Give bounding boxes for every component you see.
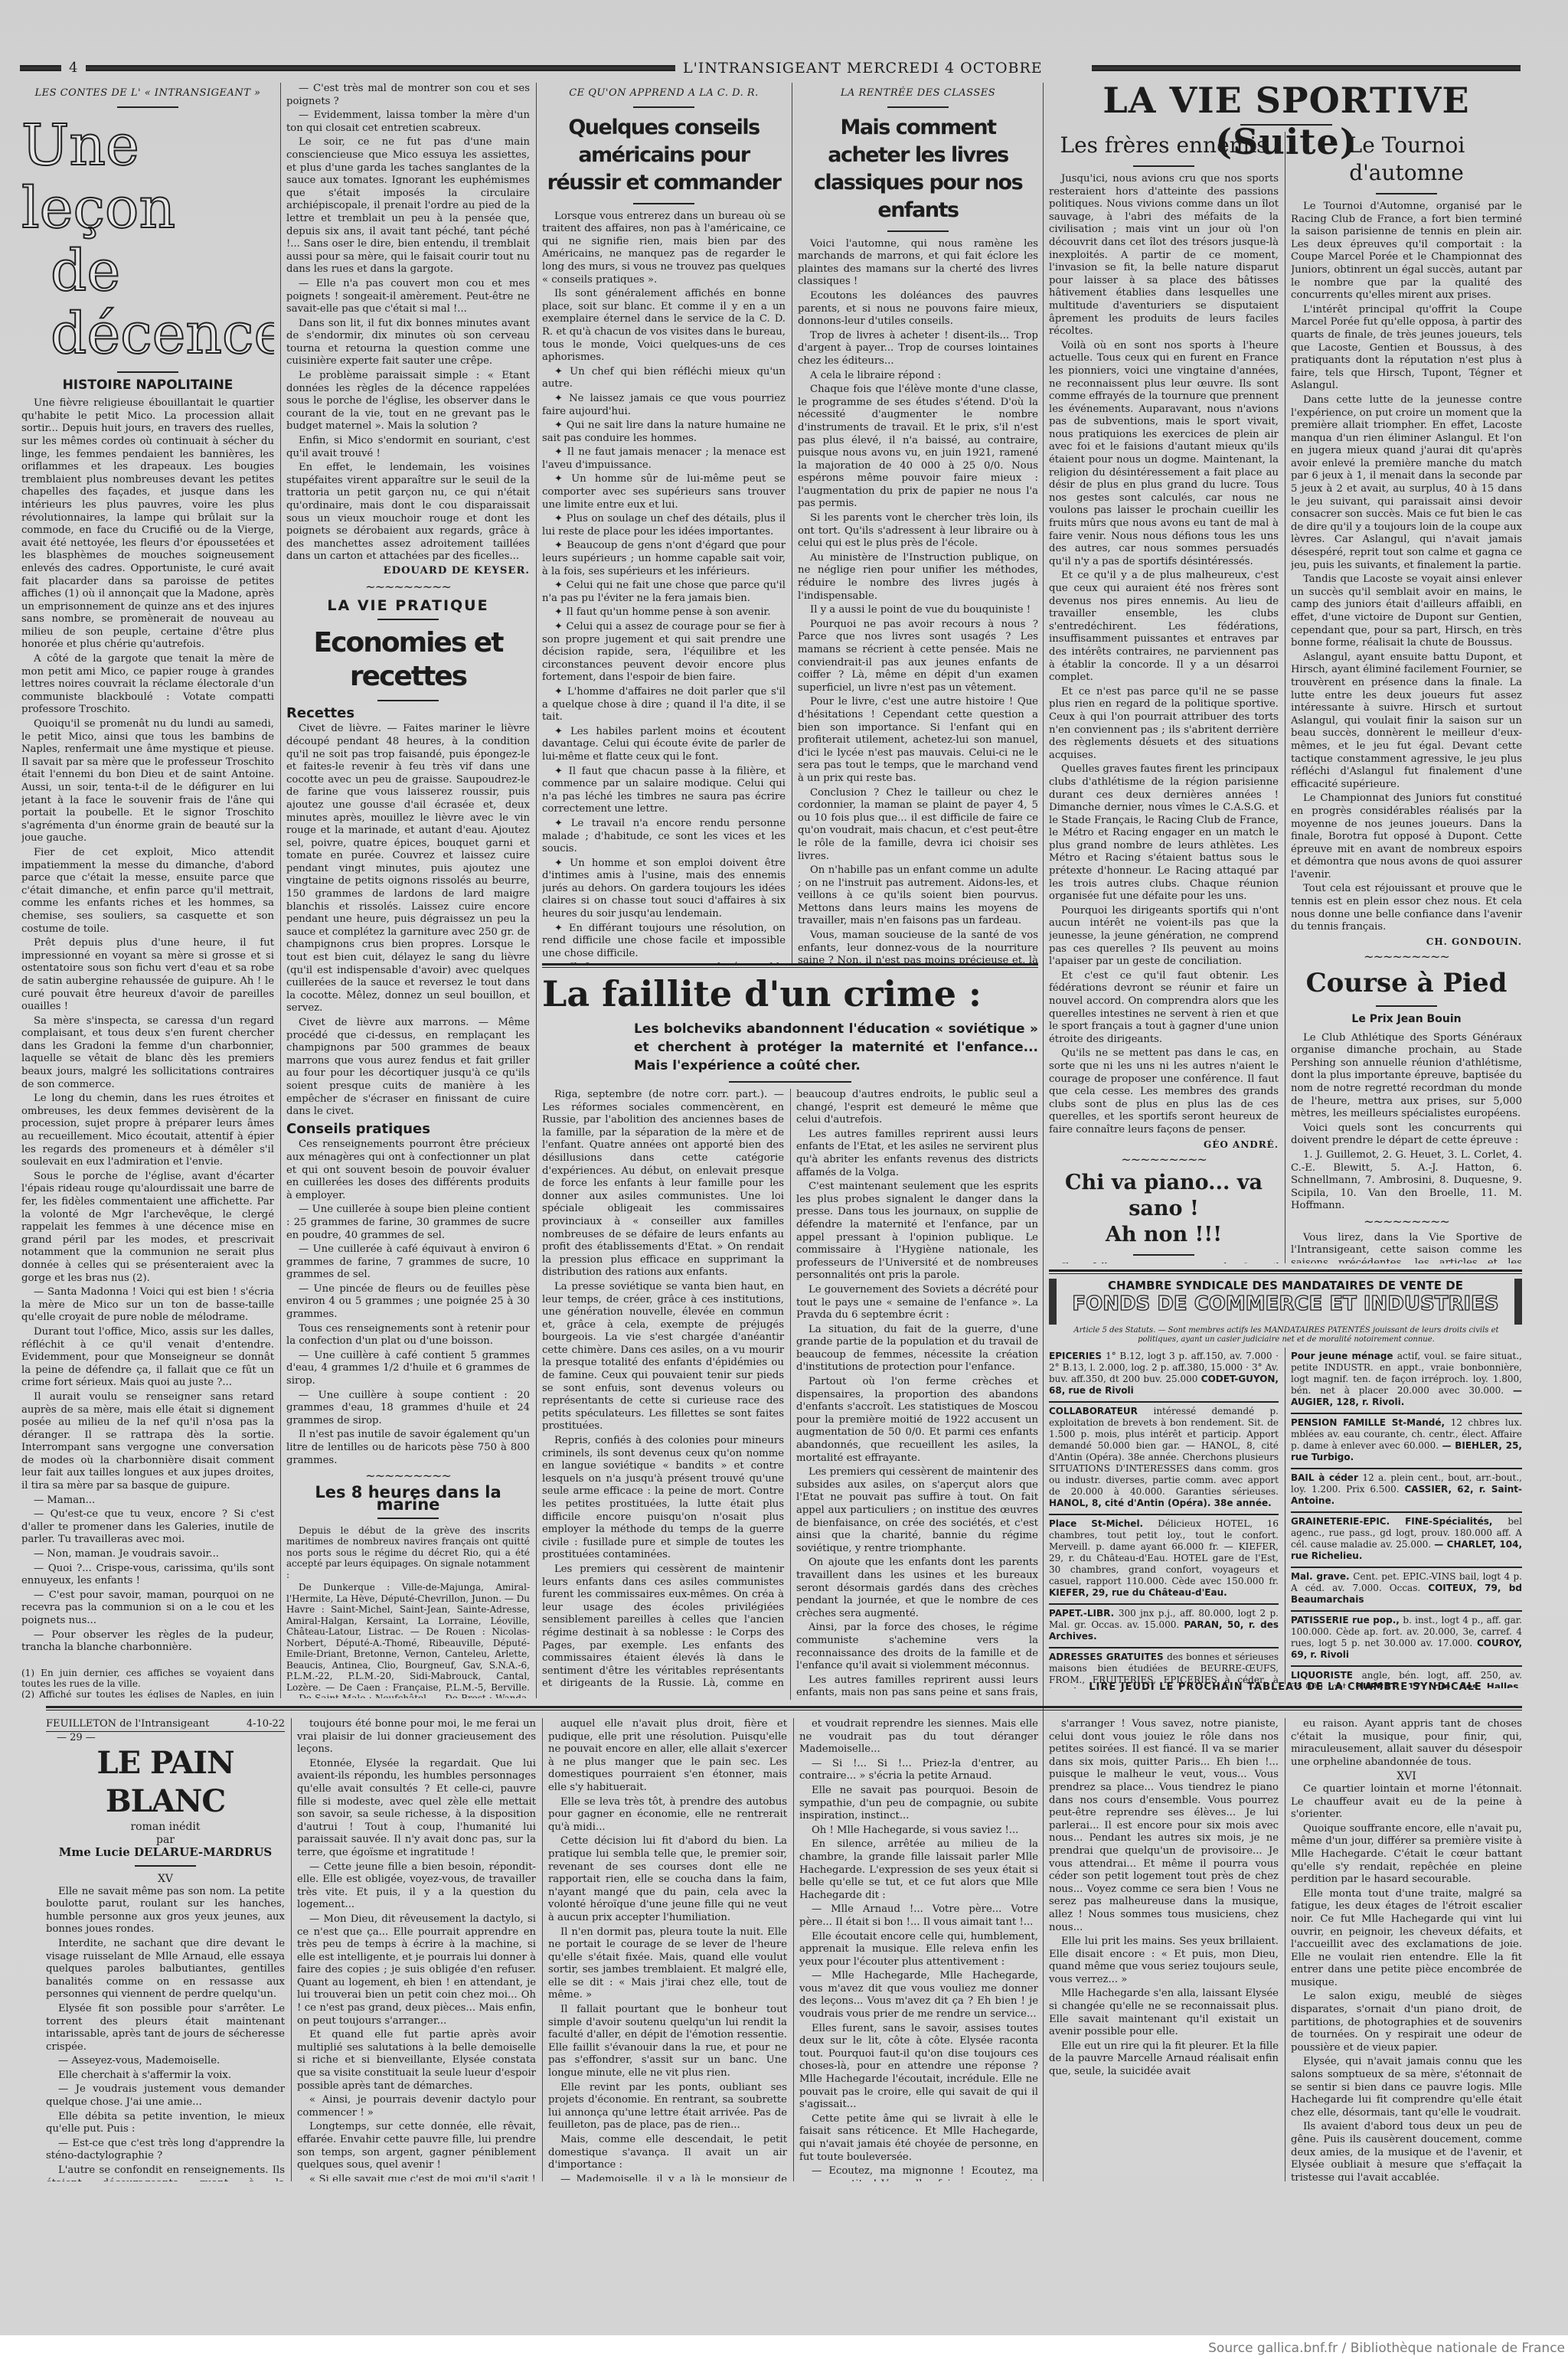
wave-divider: ~~~~~~~~~ (1049, 1154, 1279, 1167)
conseils-americains-title: Quelques conseils américains pour réussi… (542, 114, 786, 197)
vie-pratique-kicker: LA VIE PRATIQUE (286, 600, 530, 613)
feuilleton-paragraph: En silence, arrêtée au milieu de la cham… (799, 1838, 1038, 1902)
conseil: — Une cuillère à café contient 5 grammes… (286, 1350, 530, 1388)
livres-kicker: LA RENTRÉE DES CLASSES (798, 87, 1038, 100)
livres-paragraph: Chaque fois que l'élève monte d'une clas… (798, 384, 1038, 511)
feuilleton-column-1: FEUILLETON de l'Intransigeant 4-10-22 — … (46, 1718, 285, 2181)
conte-body: Une fièvre religieuse ébouillantait le q… (21, 397, 274, 1655)
ad-lead: LIQUORISTE (1291, 1670, 1362, 1681)
feuilleton-paragraph: — Cette jeune fille a bien besoin, répon… (297, 1861, 536, 1912)
feuilleton-paragraph: Elle débita sa petite invention, le mieu… (46, 2111, 285, 2136)
conte-paragraph: — Qu'est-ce que tu veux, encore ? Si c'e… (21, 1508, 274, 1547)
conte-kicker: LES CONTES DE L' « INTRANSIGEANT » (21, 87, 274, 100)
conte-paragraph: — Pour observer les règles de la pudeur,… (21, 1629, 274, 1655)
course-paragraph: Voici quels sont les concurrents qui doi… (1291, 1122, 1522, 1148)
conte-paragraph: — Santa Madonna ! Voici qui est bien ! s… (21, 1286, 274, 1325)
recettes-list: Civet de lièvre. — Faites mariner le liè… (286, 723, 530, 1118)
faillite-article: La faillite d'un crime : Les bolcheviks … (542, 972, 1038, 1700)
feuilleton-paragraph: Il n'en dormit pas, pleura toute la nuit… (548, 1926, 787, 2003)
paper-dateline: L'INTRANSIGEANT MERCREDI 4 OCTOBRE (683, 60, 1043, 77)
feuilleton-paragraph: Ce quartier lointain et morne l'étonnait… (1291, 1783, 1522, 1822)
classified-ad: Pour jeune ménage actif, voul. se faire … (1291, 1348, 1522, 1414)
classified-ad: PAPET.-LIBR. 300 jnx p.j., aff. 80.000, … (1049, 1605, 1279, 1648)
recette: Civet de lièvre aux marrons. — Même proc… (286, 1017, 530, 1119)
faillite-paragraph: La situation, du fait de la guerre, d'un… (796, 1324, 1038, 1374)
divider (1376, 1005, 1437, 1007)
livres-paragraph: Il y a aussi le point de vue du bouquini… (798, 604, 1038, 617)
aphorism: ✦ En différant toujours une résolution, … (542, 923, 786, 961)
feuilleton-date: 4-10-22 (247, 1718, 285, 1731)
section-rule (1049, 1269, 1522, 1274)
feuilleton-paragraph: Cette petite âme qui se livrait à elle l… (799, 2113, 1038, 2164)
conte-paragraph: — Evidemment, laissa tomber la mère d'un… (286, 109, 530, 135)
feuilleton-paragraph: Il fallait pourtant que le bonheur tout … (548, 2004, 787, 2080)
feuilleton-par: par (46, 1834, 285, 1847)
conte-paragraph: Durant tout l'office, Mico, assis sur le… (21, 1326, 274, 1390)
feuilleton-paragraph: et voudrait reprendre les siennes. Mais … (799, 1718, 1038, 1756)
conseil: Il n'est pas inutile de savoir également… (286, 1429, 530, 1467)
tournoi-paragraph: Aslangul, ayant ensuite battu Dupont, et… (1291, 652, 1522, 792)
freres-paragraph: Et c'est ce qu'il faut obtenir. Les fédé… (1049, 970, 1279, 1047)
conseil: — Une cuillerée à café équivaut à enviro… (286, 1243, 530, 1282)
column-rule (536, 83, 537, 1698)
feuilleton-paragraph: Oh ! Mlle Hachegarde, si vous saviez !..… (799, 1825, 1038, 1838)
conseil: Tous ces renseignements sont à retenir p… (286, 1323, 530, 1348)
chambre-line2: FONDS DE COMMERCE ET INDUSTRIES (1057, 1292, 1514, 1315)
conseils-americains-column: CE QU'ON APPREND A LA C. D. R. Quelques … (542, 83, 786, 963)
divider (729, 1081, 851, 1083)
aphorism: ✦ Il faut que chacun passe à la filière,… (542, 766, 786, 816)
wave-divider: ~~~~~~~~~ (286, 1470, 530, 1483)
feuilleton-chapter: XV (46, 1873, 285, 1886)
livres-body: Voici l'automne, qui nous ramène les mar… (798, 238, 1038, 963)
feuilleton-text-6b: Ce quartier lointain et morne l'étonnait… (1291, 1783, 1522, 2181)
column-rule (280, 83, 281, 1698)
classified-ads-left: EPICERIES 1° B.12, logt 3 p. aff.150, av… (1049, 1348, 1279, 1688)
feuilleton-paragraph: Mais, comme elle descendait, le petit do… (548, 2134, 787, 2172)
conte-continuation-column: — C'est très mal de montrer son cou et s… (286, 83, 530, 1698)
feuilleton-column-6: eu raison. Ayant appris tant de choses c… (1291, 1718, 1522, 2181)
feuilleton-paragraph: Le salon exigu, meublé de sièges dispara… (1291, 1991, 1522, 2054)
conte-subtitle: HISTOIRE NAPOLITAINE (21, 379, 274, 392)
wave-divider: ~~~~~~~~~ (1291, 951, 1522, 964)
feuilleton-paragraph: Longtemps, sur cette donnée, elle rêvait… (297, 2121, 536, 2171)
conseil: — Une cuillère à soupe contient : 20 gra… (286, 1390, 530, 1428)
livres-paragraph: Trop de livres à acheter ! disent-ils...… (798, 330, 1038, 368)
ad-lead: PAPET.-LIBR. (1049, 1608, 1119, 1619)
feuilleton-number: — 29 — (46, 1732, 285, 1745)
conte-paragraph: Enfin, si Mico s'endormit en souriant, c… (286, 435, 530, 460)
livres-paragraph: Si les parents vont le chercher très loi… (798, 512, 1038, 551)
faillite-paragraph: Le gouvernement des Soviets a décrété po… (796, 1284, 1038, 1322)
freres-ennemis-column: Les frères ennemis Jusqu'ici, nous avion… (1049, 132, 1279, 1263)
feuilleton-paragraph: — Je voudrais justement vous demander qu… (46, 2083, 285, 2109)
classified-ads-right: Pour jeune ménage actif, voul. se faire … (1291, 1348, 1522, 1688)
feuilleton-paragraph: Elles furent, sans le savoir, assises to… (799, 2023, 1038, 2112)
feuilleton-paragraph: L'autre se confondit en renseignements. … (46, 2165, 285, 2181)
conte-signature: EDOUARD DE KEYSER. (286, 565, 530, 578)
aphorism: Lorsque vous entrerez dans un bureau où … (542, 211, 786, 287)
tournoi-title: Le Tournoi d'automne (1291, 132, 1522, 187)
vie-pratique-title: Economies et recettes (286, 626, 530, 694)
feuilleton-paragraph: Cette décision lui fit d'abord du bien. … (548, 1835, 787, 1924)
feuilleton-column-2: toujours été bonne pour moi, le me ferai… (297, 1718, 536, 2181)
aphorism: ✦ Un homme et son emploi doivent être d'… (542, 858, 786, 921)
conte-body-continued: — C'est très mal de montrer son cou et s… (286, 83, 530, 564)
livres-paragraph: On n'habille pas un enfant comme un adul… (798, 864, 1038, 928)
divider (1240, 124, 1332, 126)
column-rule (1043, 1718, 1044, 2181)
faillite-paragraph: Riga, septembre (de notre corr. part.). … (542, 1089, 784, 1279)
aphorism: ✦ Ne laissez jamais ce que vous pourriez… (542, 393, 786, 418)
aphorism: ✦ Qui ne sait lire dans la nature humain… (542, 420, 786, 445)
feuilleton-paragraph: « Ainsi, je pourrais devenir dactylo pou… (297, 2094, 536, 2119)
ad-lead: EPICERIES (1049, 1351, 1106, 1361)
feuilleton-paragraph: Et quand elle fut partie après avoir mul… (297, 2029, 536, 2093)
tournoi-paragraph: Le Tournoi d'Automne, organisé par le Ra… (1291, 201, 1522, 302)
feuilleton-paragraph: s'arranger ! Vous savez, notre pianiste,… (1049, 1718, 1279, 1934)
conte-paragraph: — Maman... (21, 1495, 274, 1508)
aphorism: Ils sont généralement affichés en bonne … (542, 288, 786, 364)
feuilleton-paragraph: eu raison. Ayant appris tant de choses c… (1291, 1718, 1522, 1769)
ad-contact: KIEFER, 29, rue du Château-d'Eau. (1049, 1587, 1227, 1598)
ad-lead: Pour jeune ménage (1291, 1351, 1397, 1361)
tournoi-signature: CH. GONDOUIN. (1291, 936, 1522, 949)
tournoi-paragraph: Tandis que Lacoste se voyait ainsi enlev… (1291, 573, 1522, 650)
course-paragraph: 1. J. Guillemot, 2. G. Heuet, 3. L. Corl… (1291, 1149, 1522, 1213)
ad-contact: HANOL, 8, cité d'Antin (Opéra). 38e anné… (1049, 1498, 1272, 1508)
conte-paragraph: En effet, le lendemain, les voisines stu… (286, 462, 530, 564)
classified-ad: BAIL à céder 12 a. plein cent., bout, ar… (1291, 1469, 1522, 1513)
tournoi-column: Le Tournoi d'automne Le Tournoi d'Automn… (1291, 132, 1522, 1263)
livres-paragraph: Conclusion ? Chez le tailleur ou chez le… (798, 787, 1038, 864)
conseil: — Une cuillerée à soupe bien pleine cont… (286, 1204, 530, 1242)
conte-paragraph: — Elle n'a pas couvert mon cou et mes po… (286, 278, 530, 316)
feuilleton-paragraph: Elle ne savait pas pourquoi. Besoin de s… (799, 1785, 1038, 1823)
feuilleton-paragraph: — Mlle Hachegarde, Mlle Hachegarde, vous… (799, 1970, 1038, 2021)
feuilleton-paragraph: Elle se leva très tôt, à prendre des aut… (548, 1796, 787, 1835)
chi-va-piano-title: Chi va piano... va sano ! (1049, 1170, 1279, 1222)
feuilleton-title: LE PAIN BLANC (46, 1744, 285, 1821)
ad-lead: BAIL à céder (1291, 1472, 1363, 1483)
divider (117, 371, 178, 373)
feuilleton-paragraph: toujours été bonne pour moi, le me ferai… (297, 1718, 536, 1756)
chi-va-piano-body: Il a fallu un an pour que le Conseil mun… (1049, 1262, 1279, 1263)
conseils-heading: Conseils pratiques (286, 1123, 530, 1136)
conseils-list: Ces renseignements pourront être précieu… (286, 1139, 530, 1467)
freres-paragraph: Quelles graves fautes firent les princip… (1049, 763, 1279, 903)
faillite-paragraph: Ainsi, par la force des choses, le régim… (796, 1622, 1038, 1672)
conte-paragraph: Il aurait voulu se renseigner sans retar… (21, 1391, 274, 1493)
freres-paragraph: Pourquoi les dirigeants sportifs qui n'o… (1049, 905, 1279, 969)
aphorism: ✦ Le travail n'a encore rendu personne m… (542, 818, 786, 856)
aphorism: ✦ L'homme d'affaires ne doit parler que … (542, 686, 786, 724)
page-number: 4 (69, 60, 77, 76)
tournoi-paragraph: Le Championnat des Juniors fut constitué… (1291, 792, 1522, 881)
feuilleton-column-3: auquel elle n'avait plus droit, fière et… (548, 1718, 787, 2181)
feuilleton-paragraph: Elle cherchait à s'affermir la voix. (46, 2070, 285, 2083)
aphorism: ✦ Celui qui a assez de courage pour se f… (542, 621, 786, 685)
feuilleton-paragraph: — Mlle Arnaud !... Votre père... Votre p… (799, 1903, 1038, 1929)
footnote-1: (1) En juin dernier, ces affiches se voy… (21, 1668, 274, 1689)
feuilleton-chapter-2: XVI (1291, 1770, 1522, 1783)
wave-divider: ~~~~~~~~~ (286, 581, 530, 594)
feuilleton-paragraph: Elysée, qui n'avait jamais connu que les… (1291, 2056, 1522, 2119)
divider (117, 106, 178, 108)
divider (377, 1518, 439, 1519)
chambre-footer: LIRE JEUDI LE PROCHAIN TABLEAU DE LA CHA… (1049, 1681, 1522, 1693)
conte-paragraph: Sous le porche de l'église, avant d'écar… (21, 1171, 274, 1285)
conte-footnotes: (1) En juin dernier, ces affiches se voy… (21, 1668, 274, 1698)
recettes-heading: Recettes (286, 707, 530, 720)
tournoi-paragraph: Tout cela est réjouissant et prouve que … (1291, 883, 1522, 933)
freres-body: Jusqu'ici, nous avions cru que nos sport… (1049, 173, 1279, 1137)
ad-lead: COLLABORATEUR (1049, 1406, 1153, 1416)
conte-paragraph: Quoiqu'il se promenât nu du lundi au sam… (21, 718, 274, 845)
ah-non-title: Ah non !!! (1049, 1222, 1279, 1248)
feuilleton-paragraph: Elle lui prit les mains. Ses yeux brilla… (1049, 1936, 1279, 1986)
feuilleton-rule (46, 1706, 1522, 1710)
column-rule (1285, 1718, 1285, 2181)
chambre-statuts: Article 5 des Statuts. — Sont membres ac… (1057, 1326, 1516, 1344)
aphorism: ✦ Plus on soulage un chef des détails, p… (542, 513, 786, 538)
livres-paragraph: Vous, maman soucieuse de la santé de vos… (798, 930, 1038, 963)
feuilleton-author: Mme Lucie DELARUE-MARDRUS (46, 1846, 285, 1859)
wave-divider: ~~~~~~~~~ (1291, 1216, 1522, 1229)
divider (1376, 193, 1437, 194)
feuilleton-paragraph: Elle monta tout d'une traite, malgré sa … (1291, 1888, 1522, 1990)
faillite-paragraph: On ajoute que les enfants dont les paren… (796, 1557, 1038, 1620)
feuilleton-paragraph: — Mon Dieu, dit rêveusement la dactylo, … (297, 1913, 536, 2027)
feuilleton-text-6a: eu raison. Ayant appris tant de choses c… (1291, 1718, 1522, 1769)
feuilleton-paragraph: « Si elle savait que c'est de moi qu'il … (297, 2174, 536, 2181)
conte-paragraph: Le long du chemin, dans les rues étroite… (21, 1093, 274, 1169)
aphorism: ✦ Il ne faut jamais menacer ; la menace … (542, 446, 786, 472)
source-credit: Source gallica.bnf.fr / Bibliothèque nat… (1208, 2341, 1565, 2356)
livres-paragraph: Ecoutons les doléances des pauvres paren… (798, 290, 1038, 328)
tournoi-body: Le Tournoi d'Automne, organisé par le Ra… (1291, 201, 1522, 934)
ad-lead: GRAINETERIE-EPIC. FINE-Spécialités, (1291, 1516, 1508, 1527)
conte-paragraph: Le soir, ce ne fut pas d'une main consci… (286, 136, 530, 276)
divider (633, 203, 694, 204)
feuilleton-paragraph: — Ecoutez, ma mignonne ! Ecoutez, ma pau… (799, 2165, 1038, 2181)
chi-paragraph: Il a fallu un an pour que le Conseil mun… (1049, 1262, 1279, 1263)
aphorism: ✦ Les habiles parlent moins et écoutent … (542, 726, 786, 764)
aphorism: ✦ Un homme sûr de lui-même peut se compo… (542, 473, 786, 511)
ad-lead: Place St-Michel. (1049, 1518, 1158, 1529)
classified-ad: Mal. grave. Cent. pet. EPIC.-VINS bail, … (1291, 1568, 1522, 1612)
conte-paragraph: — Quoi ?... Crispe-vous, carissima, qu'i… (21, 1563, 274, 1588)
feuilleton-paragraph: Interdite, ne sachant que dire devant le… (46, 1938, 285, 2001)
chambre-line1: CHAMBRE SYNDICALE DES MANDATAIRES DE VEN… (1057, 1279, 1514, 1292)
masthead-rule (1092, 65, 1521, 71)
conte-column: LES CONTES DE L' « INTRANSIGEANT » Une l… (21, 83, 274, 1687)
feuilleton-paragraph: Elle ne savait même pas son nom. La peti… (46, 1886, 285, 1936)
freres-paragraph: Voilà où en sont nos sports à l'heure ac… (1049, 340, 1279, 569)
faillite-paragraph: Les autres familles reprirent aussi leur… (796, 1129, 1038, 1179)
faillite-paragraph: C'est maintenant seulement que les espri… (796, 1181, 1038, 1282)
course-a-pied-title: Course à Pied (1291, 967, 1522, 999)
faillite-paragraph: La presse soviétique se vanta bien haut,… (542, 1281, 784, 1433)
feuilleton-paragraph: Mlle Hachegarde s'en alla, laissant Elys… (1049, 1988, 1279, 2038)
feuilleton-paragraph: Elysée fit son possible pour s'arrêter. … (46, 2003, 285, 2054)
divider (377, 619, 439, 620)
conte-paragraph: — Non, maman. Je voudrais savoir... (21, 1548, 274, 1561)
tournoi-paragraph: Dans cette lutte de la jeunesse contre l… (1291, 394, 1522, 572)
divider (887, 230, 949, 232)
conte-paragraph: A côté de la gargote que tenait la mère … (21, 653, 274, 717)
classified-ad: COLLABORATEUR intéressé demandé p. explo… (1049, 1403, 1279, 1515)
divider (633, 106, 694, 108)
conte-paragraph: Fier de cet exploit, Mico attendit impat… (21, 847, 274, 936)
feuilleton-text-1: Elle ne savait même pas son nom. La peti… (46, 1886, 285, 2181)
classified-ad: PENSION FAMILLE St-Mandé, 12 chbres lux.… (1291, 1414, 1522, 1469)
column-rule (792, 83, 792, 963)
newspaper-page: 4 L'INTRANSIGEANT MERCREDI 4 OCTOBRE LES… (0, 0, 1568, 2335)
column-rule (542, 1718, 543, 2181)
divider (1133, 165, 1194, 167)
marine-title: Les 8 heures dans la marine (286, 1486, 530, 1511)
marine-body: Depuis le début de la grève des inscrits… (286, 1525, 530, 1698)
masthead: 4 L'INTRANSIGEANT MERCREDI 4 OCTOBRE (20, 60, 1521, 77)
classified-ad: Place St-Michel. Délicieux HOTEL, 16 cha… (1049, 1515, 1279, 1605)
faillite-paragraph: Partout où l'on ferme crèches et dispens… (796, 1376, 1038, 1465)
conseil: Ces renseignements pourront être précieu… (286, 1139, 530, 1202)
freres-paragraph: Et ce n'est pas parce qu'il ne se passe … (1049, 686, 1279, 763)
feuilleton-paragraph: — Si !... Si !... Priez-la d'entrer, au … (799, 1758, 1038, 1783)
conte-paragraph: — C'est pour savoir, maman, pourquoi on … (21, 1590, 274, 1628)
footnote-2: (2) Affiché sur toutes les églises de Na… (21, 1689, 274, 1698)
recette: Civet de lièvre. — Faites mariner le liè… (286, 723, 530, 1015)
masthead-rule (20, 65, 61, 71)
divider (377, 700, 439, 701)
conseils-americains-kicker: CE QU'ON APPREND A LA C. D. R. (542, 87, 786, 100)
feuilleton-paragraph: Elle écoutait encore celle qui, humbleme… (799, 1931, 1038, 1969)
ad-lead: ADRESSES GRATUITES (1049, 1652, 1167, 1662)
column-rule (1285, 132, 1285, 1263)
freres-title: Les frères ennemis (1049, 132, 1279, 159)
aphorism: ✦ Celui qui ne fait une chose que parce … (542, 580, 786, 605)
livres-paragraph: Pourquoi ne pas avoir recours à nous ? P… (798, 619, 1038, 695)
section-rule (542, 963, 1038, 968)
feuilleton-paragraph: — Est-ce que c'est très long d'apprendre… (46, 2138, 285, 2163)
conte-paragraph: Une fièvre religieuse ébouillantait le q… (21, 397, 274, 652)
conseils-americains-body: Lorsque vous entrerez dans un bureau où … (542, 211, 786, 963)
faillite-deck: Les bolcheviks abandonnent l'éducation «… (634, 1020, 1038, 1075)
prix-jean-bouin-subtitle: Le Prix Jean Bouin (1291, 1013, 1522, 1026)
divider (887, 106, 949, 108)
divider (135, 1865, 196, 1867)
chambre-header: CHAMBRE SYNDICALE DES MANDATAIRES DE VEN… (1049, 1279, 1522, 1325)
classified-ad: PATISSERIE rue pop., b. inst., logt 4 p.… (1291, 1612, 1522, 1667)
feuilleton-paragraph: Etonnée, Elysée la regardait. Que lui av… (297, 1758, 536, 1860)
conte-paragraph: — C'est très mal de montrer son cou et s… (286, 83, 530, 108)
conseil: — Une pincée de fleurs ou de feuilles pè… (286, 1283, 530, 1322)
feuilleton-label: FEUILLETON de l'Intransigeant (46, 1718, 209, 1731)
feuilleton-subtitle: roman inédit (46, 1821, 285, 1834)
livres-paragraph: Au ministère de l'Instruction publique, … (798, 552, 1038, 603)
conte-paragraph: Sa mère s'inspecta, se caressa d'un rega… (21, 1015, 274, 1092)
conte-paragraph: Le problème paraissait simple : « Etant … (286, 370, 530, 433)
classified-ad: GRAINETERIE-EPIC. FINE-Spécialités, bel … (1291, 1513, 1522, 1568)
feuilleton-paragraph: — Asseyez-vous, Mademoiselle. (46, 2055, 285, 2068)
rubriques-intro: Vous lirez, dans la Vie Sportive de l'In… (1291, 1232, 1522, 1263)
aphorism: ✦ Un chef qui bien réfléchi mieux qu'un … (542, 366, 786, 391)
conte-paragraph: Prêt depuis plus d'une heure, il fut imp… (21, 937, 274, 1014)
livres-paragraph: Pour le livre, c'est une autre histoire … (798, 696, 1038, 785)
feuilleton-header: FEUILLETON de l'Intransigeant 4-10-22 (46, 1718, 285, 1732)
column-rule (1043, 83, 1044, 1897)
ad-lead: PENSION FAMILLE St-Mandé, (1291, 1417, 1451, 1428)
faillite-title: La faillite d'un crime : (542, 972, 1038, 1015)
course-paragraph: Le Club Athlétique des Sports Généraux o… (1291, 1032, 1522, 1121)
masthead-rule (86, 65, 675, 71)
livres-classiques-column: LA RENTRÉE DES CLASSES Mais comment ache… (798, 83, 1038, 963)
marine-paragraph: De Dunkerque : Ville-de-Majunga, Amiral-… (286, 1582, 530, 1698)
livres-paragraph: A cela le libraire répond : (798, 370, 1038, 383)
feuilleton-column-4: et voudrait reprendre les siennes. Mais … (799, 1718, 1038, 2181)
feuilleton-column-5: s'arranger ! Vous savez, notre pianiste,… (1049, 1718, 1279, 2181)
conte-paragraph: Dans son lit, il fut dix bonnes minutes … (286, 318, 530, 368)
classified-ad: EPICERIES 1° B.12, logt 3 p. aff.150, av… (1049, 1348, 1279, 1403)
faillite-paragraph: Les premiers qui cessèrent de maintenir … (796, 1466, 1038, 1555)
feuilleton-paragraph: — Mademoiselle, il y a là le monsieur de… (548, 2174, 787, 2181)
tournoi-paragraph: L'intérêt principal qu'offrit la Coupe M… (1291, 304, 1522, 393)
livres-paragraph: Voici l'automne, qui nous ramène les mar… (798, 238, 1038, 289)
faillite-paragraph: Repris, confiés à des colonies pour mine… (542, 1435, 784, 1562)
aphorism: ✦ Il faut qu'un homme pense à son avenir… (542, 606, 786, 619)
feuilleton-paragraph: Ils avaient d'abord tous deux un peu de … (1291, 2121, 1522, 2181)
freres-signature: GÉO ANDRÉ. (1049, 1139, 1279, 1152)
aphorism: ✦ Beaucoup de gens n'ont d'égard que pou… (542, 540, 786, 578)
freres-paragraph: Qu'ils ne se mettent pas dans le cas, en… (1049, 1047, 1279, 1136)
feuilleton-paragraph: Elle eut un rire qui la fit pleurer. Et … (1049, 2040, 1279, 2079)
faillite-body: Riga, septembre (de notre corr. part.). … (542, 1089, 1038, 1700)
livres-title: Mais comment acheter les livres classiqu… (798, 114, 1038, 224)
column-rule (793, 1718, 794, 2181)
column-rule (1285, 1348, 1285, 1684)
divider (1133, 1254, 1194, 1256)
conte-title-line1: Une leçon (21, 114, 274, 240)
marine-paragraph: Depuis le début de la grève des inscrits… (286, 1525, 530, 1581)
ad-lead: PATISSERIE rue pop., (1291, 1615, 1403, 1625)
course-body: Le Club Athlétique des Sports Généraux o… (1291, 1032, 1522, 1213)
freres-paragraph: Jusqu'ici, nous avions cru que nos sport… (1049, 173, 1279, 338)
conte-title-line2: de décence (21, 240, 274, 365)
freres-paragraph: Et ce qu'il y a de plus malheureux, c'es… (1049, 570, 1279, 684)
column-rule (291, 1718, 292, 2181)
feuilleton-paragraph: Quoique souffrante encore, elle n'avait … (1291, 1823, 1522, 1887)
feuilleton-paragraph: auquel elle n'avait plus droit, fière et… (548, 1718, 787, 1795)
ad-text: intéressé demandé p. exploitation de bre… (1049, 1406, 1279, 1497)
feuilleton-paragraph: Elle revint par les ponts, oubliant ses … (548, 2082, 787, 2132)
ad-lead: Mal. grave. (1291, 1571, 1353, 1582)
